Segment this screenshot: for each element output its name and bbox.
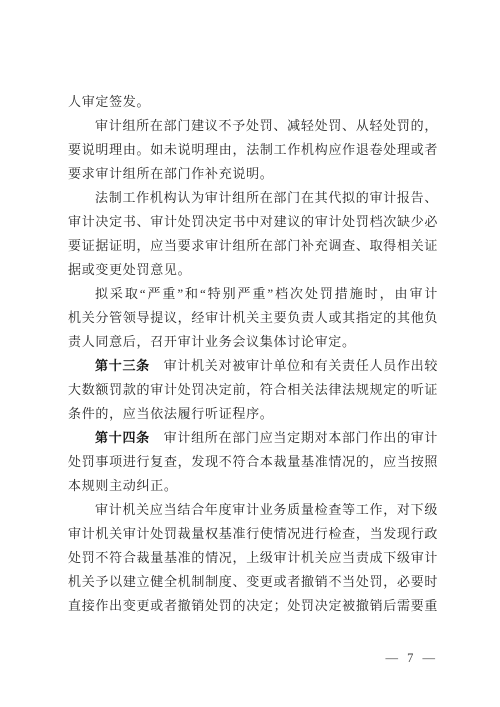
- text-line: 机关予以建立健全机制制度、变更或者撤销不当处罚，必要时: [68, 570, 438, 594]
- text-line: 处罚不符合裁量基准的情况，上级审计机关应当责成下级审计: [68, 546, 438, 570]
- text-line: 直接作出变更或者撤销处罚的决定；处罚决定被撤销后需要重: [68, 594, 438, 618]
- text-line: 要求审计组所在部门作补充说明。: [68, 162, 438, 186]
- text-line: 处罚事项进行复查，发现不符合本裁量基准情况的，应当按照: [68, 450, 438, 474]
- text-line: 审计决定书、审计处罚决定书中对建议的审计处罚档次缺少必: [68, 210, 438, 234]
- article-14-text: 审计组所在部门应当定期对本部门作出的审计: [150, 430, 438, 445]
- text-line: 机关分管领导提议，经审计机关主要负责人或其指定的其他负: [68, 306, 438, 330]
- text-line: 责人同意后，召开审计业务会议集体讨论审定。: [68, 330, 438, 354]
- text-line: 条件的，应当依法履行听证程序。: [68, 402, 438, 426]
- article-13-text: 审计机关对被审计单位和有关责任人员作出较: [150, 358, 438, 373]
- text-line: 审计组所在部门建议不予处罚、减轻处罚、从轻处罚的，: [68, 114, 438, 138]
- text-line: 审计机关应当结合年度审计业务质量检查等工作，对下级: [68, 498, 438, 522]
- text-line: 人审定签发。: [68, 90, 438, 114]
- text-line: 本规则主动纠正。: [68, 474, 438, 498]
- text-line: 审计机关审计处罚裁量权基准行使情况进行检查，当发现行政: [68, 522, 438, 546]
- text-line: 要证据证明，应当要求审计组所在部门补充调查、取得相关证: [68, 234, 438, 258]
- text-line-article-14: 第十四条 审计组所在部门应当定期对本部门作出的审计: [68, 426, 438, 450]
- scanned-document-page: 人审定签发。 审计组所在部门建议不予处罚、减轻处罚、从轻处罚的， 要说明理由。如…: [0, 0, 500, 707]
- article-13-header: 第十三条: [95, 358, 150, 373]
- text-line: 大数额罚款的审计处罚决定前，符合相关法律法规规定的听证: [68, 378, 438, 402]
- text-line: 要说明理由。如未说明理由，法制工作机构应作退卷处理或者: [68, 138, 438, 162]
- text-line: 拟采取“严重”和“特别严重”档次处罚措施时，由审计: [68, 282, 438, 306]
- article-14-header: 第十四条: [95, 430, 150, 445]
- page-number: — 7 —: [386, 651, 439, 666]
- document-text: 人审定签发。 审计组所在部门建议不予处罚、减轻处罚、从轻处罚的， 要说明理由。如…: [68, 90, 438, 618]
- text-line: 法制工作机构认为审计组所在部门在其代拟的审计报告、: [68, 186, 438, 210]
- text-line: 据或变更处罚意见。: [68, 258, 438, 282]
- text-line-article-13: 第十三条 审计机关对被审计单位和有关责任人员作出较: [68, 354, 438, 378]
